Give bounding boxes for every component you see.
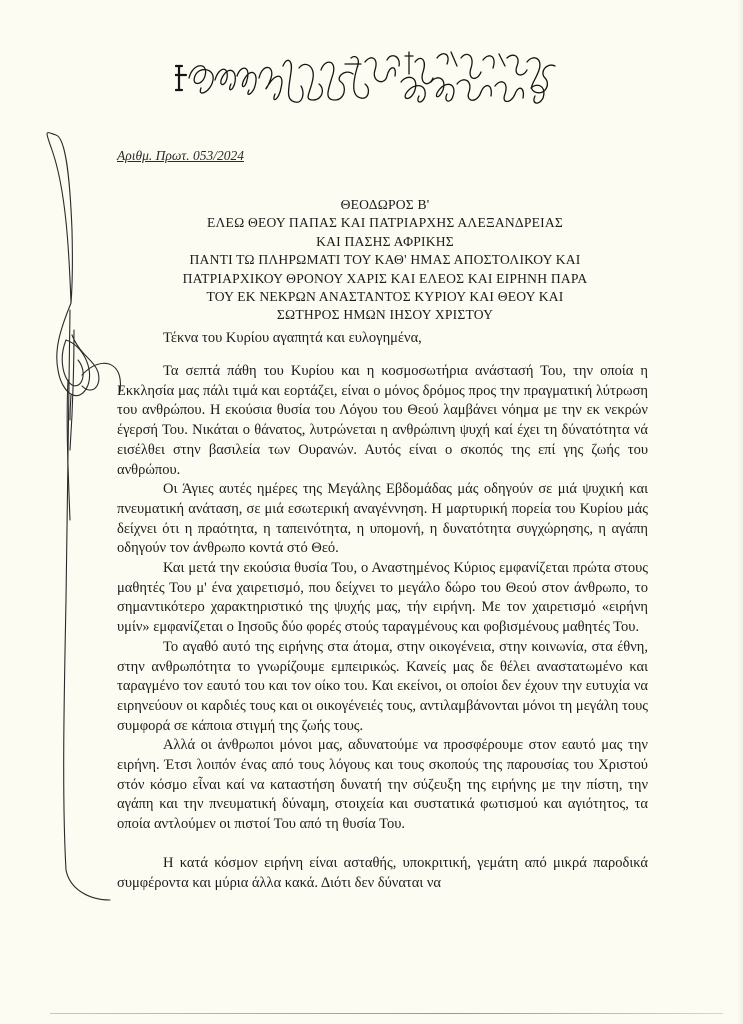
scan-page-edge [50,1013,723,1014]
heading-line: ΕΛΕΩ ΘΕΟΥ ΠΑΠΑΣ ΚΑΙ ΠΑΤΡΙΑΡΧΗΣ ΑΛΕΞΑΝΔΡΕ… [110,214,660,232]
patriarch-signature: + Θεόδωρος ἐλέῳ Θεοῦ Πάπας καὶ Πατριάρχη… [175,48,560,110]
letter-body: Τα σεπτά πάθη του Κυρίου και η κοσμοσωτή… [117,362,648,893]
heading-line: ΣΩΤΗΡΟΣ ΗΜΩΝ ΙΗΣΟΥ ΧΡΙΣΤΟΥ [110,306,660,324]
scanned-letter-page: + Θεόδωρος ἐλέῳ Θεοῦ Πάπας καὶ Πατριάρχη… [0,0,743,1024]
heading-line: ΘΕΟΔΩΡΟΣ Β' [110,196,660,214]
protocol-number: Αριθμ. Πρωτ. 053/2024 [117,148,244,164]
letter-heading: ΘΕΟΔΩΡΟΣ Β' ΕΛΕΩ ΘΕΟΥ ΠΑΠΑΣ ΚΑΙ ΠΑΤΡΙΑΡΧ… [110,196,660,325]
scan-side-shadow [737,0,743,1024]
salutation: Τέκνα του Κυρίου αγαπητά και ευλογημένα, [163,330,422,347]
heading-line: ΚΑΙ ΠΑΣΗΣ ΑΦΡΙΚΗΣ [110,233,660,251]
heading-line: ΠΑΝΤΙ ΤΩ ΠΛΗΡΩΜΑΤΙ ΤΟΥ ΚΑΘ' ΗΜΑΣ ΑΠΟΣΤΟΛ… [110,251,660,269]
heading-line: ΤΟΥ ΕΚ ΝΕΚΡΩΝ ΑΝΑΣΤΑΝΤΟΣ ΚΥΡΙΟΥ ΚΑΙ ΘΕΟΥ… [110,288,660,306]
paragraph: Η κατά κόσμον ειρήνη είναι ασταθής, υποκ… [117,854,648,893]
paragraph: Το αγαθό αυτό της ειρήνης στα άτομα, στη… [117,638,648,737]
paragraph: Αλλά οι άνθρωποι μόνοι μας, αδυνατούμε ν… [117,736,648,835]
paragraph: Οι Άγιες αυτές ημέρες της Μεγάλης Εβδομά… [117,480,648,559]
paragraph: Τα σεπτά πάθη του Κυρίου και η κοσμοσωτή… [117,362,648,480]
paragraph: Και μετά την εκούσια θυσία Του, ο Αναστη… [117,559,648,638]
heading-line: ΠΑΤΡΙΑΡΧΙΚΟΥ ΘΡΟΝΟΥ ΧΑΡΙΣ ΚΑΙ ΕΛΕΟΣ ΚΑΙ … [110,270,660,288]
